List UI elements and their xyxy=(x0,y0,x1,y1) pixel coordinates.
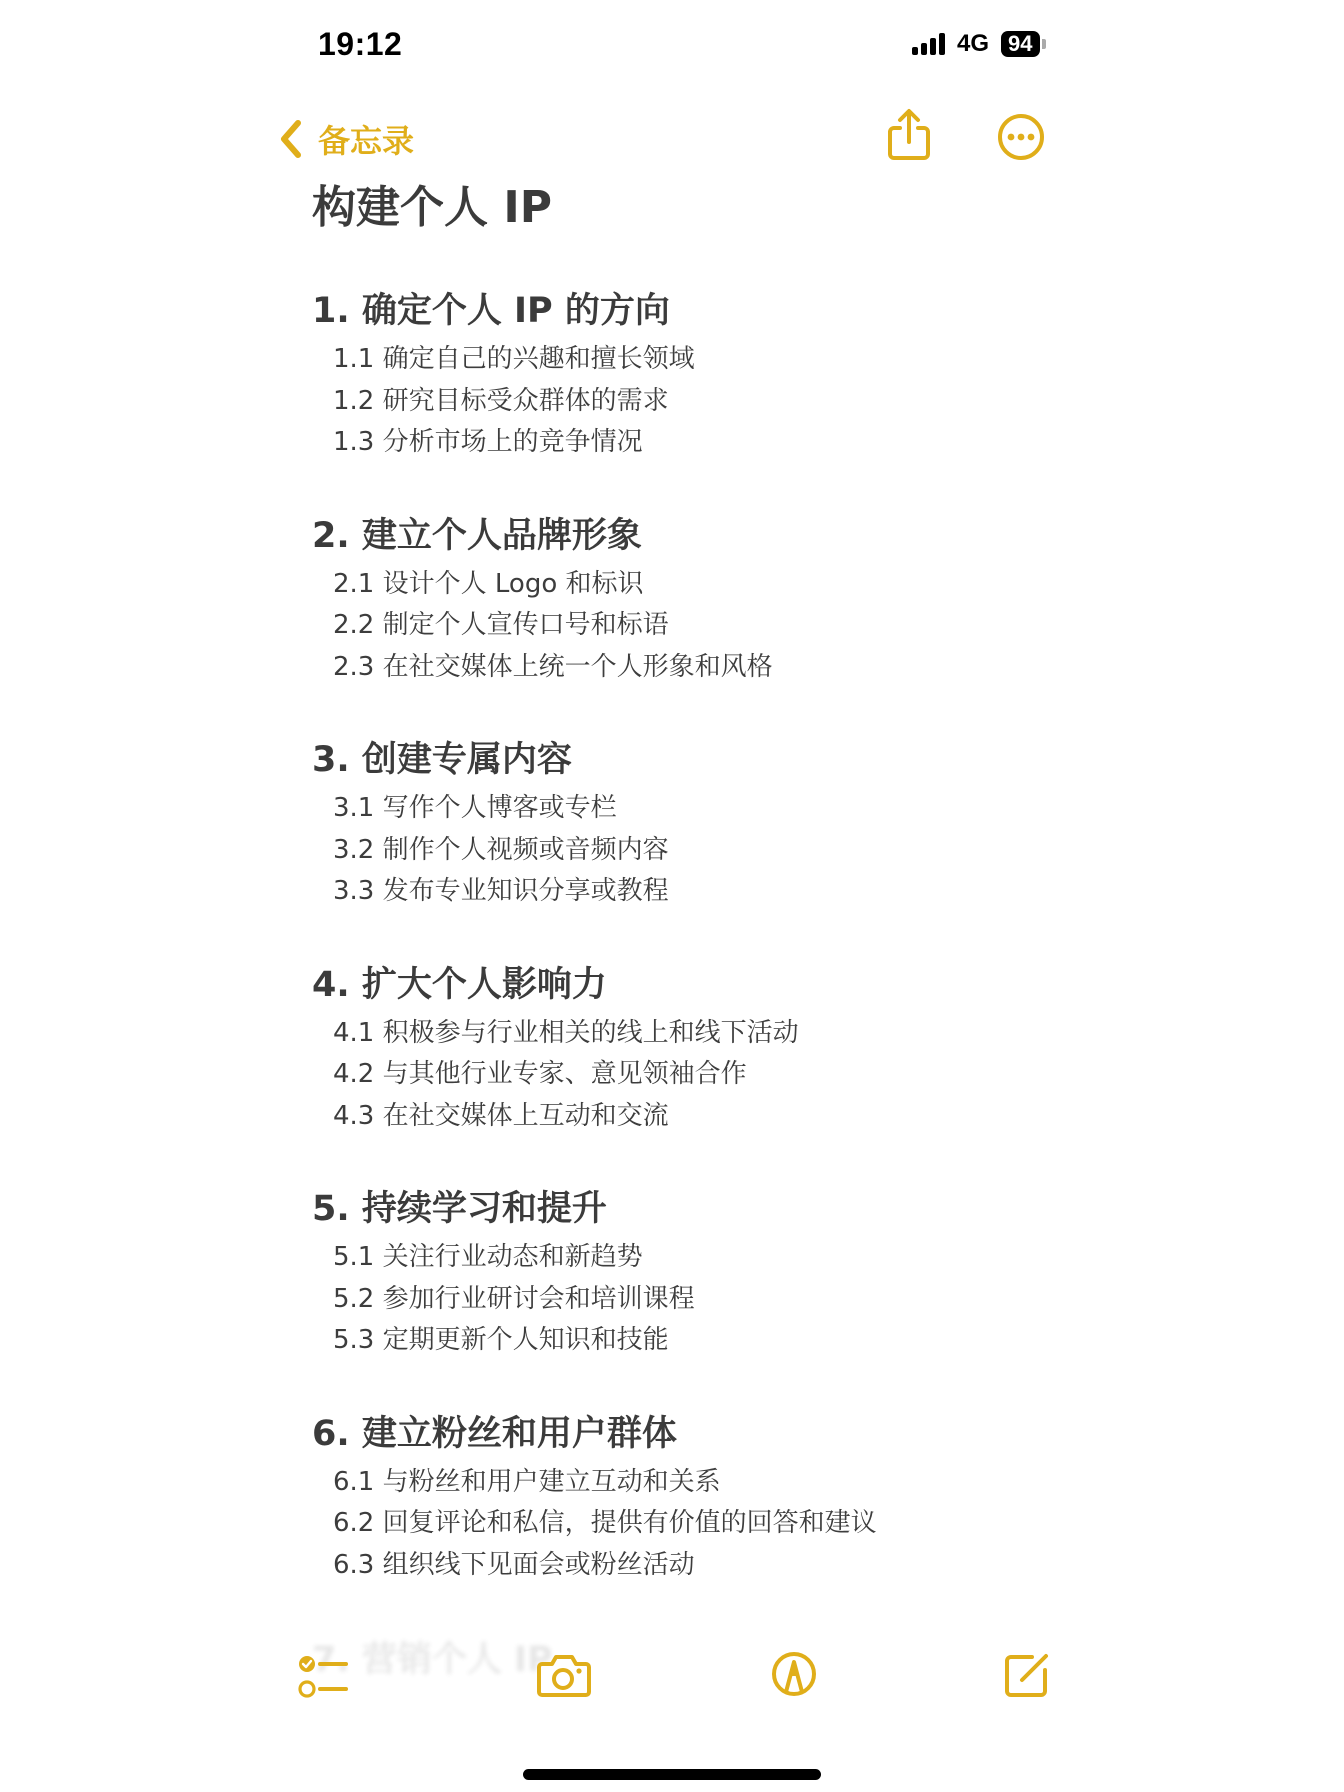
list-item: 4.1 积极参与行业相关的线上和线下活动 xyxy=(333,1013,1052,1055)
section-heading-text: 持续学习和提升 xyxy=(362,1189,607,1229)
back-button[interactable]: 备忘录 xyxy=(278,116,414,162)
section-heading: 5. 持续学习和提升 xyxy=(312,1185,1052,1233)
section-heading: 4. 扩大个人影响力 xyxy=(312,961,1052,1009)
note-sections: 1. 确定个人 IP 的方向 1.1 确定自己的兴趣和擅长领域 1.2 研究目标… xyxy=(312,287,1052,1635)
battery-level: 94 xyxy=(1001,31,1039,57)
section-number: 5. xyxy=(312,1189,350,1229)
section-3: 3. 创建专属内容 3.1 写作个人博客或专栏 3.2 制作个人视频或音频内容 … xyxy=(312,736,1052,961)
sub-list: 5.1 关注行业动态和新趋势 5.2 参加行业研讨会和培训课程 5.3 定期更新… xyxy=(333,1237,1052,1362)
list-item: 1.3 分析市场上的竞争情况 xyxy=(333,422,1052,464)
section-1: 1. 确定个人 IP 的方向 1.1 确定自己的兴趣和擅长领域 1.2 研究目标… xyxy=(312,287,1052,512)
section-number: 3. xyxy=(312,740,350,780)
list-item: 3.1 写作个人博客或专栏 xyxy=(333,788,1052,830)
section-number: 2. xyxy=(312,516,350,556)
list-item: 2.1 设计个人 Logo 和标识 xyxy=(333,564,1052,606)
list-item: 4.3 在社交媒体上互动和交流 xyxy=(333,1096,1052,1138)
sub-list: 6.1 与粉丝和用户建立互动和关系 6.2 回复评论和私信，提供有价值的回答和建… xyxy=(333,1462,1052,1587)
section-5: 5. 持续学习和提升 5.1 关注行业动态和新趋势 5.2 参加行业研讨会和培训… xyxy=(312,1185,1052,1410)
list-item: 1.1 确定自己的兴趣和擅长领域 xyxy=(333,339,1052,381)
sub-list: 2.1 设计个人 Logo 和标识 2.2 制定个人宣传口号和标语 2.3 在社… xyxy=(333,564,1052,689)
compose-icon xyxy=(1002,1650,1052,1700)
list-item: 6.1 与粉丝和用户建立互动和关系 xyxy=(333,1462,1052,1504)
share-icon xyxy=(886,108,932,162)
list-item: 5.3 定期更新个人知识和技能 xyxy=(333,1320,1052,1362)
ellipsis-circle-icon xyxy=(996,112,1046,162)
section-heading: 6. 建立粉丝和用户群体 xyxy=(312,1410,1052,1458)
battery-tip xyxy=(1042,39,1046,49)
status-time: 19:12 xyxy=(318,26,402,63)
battery-icon: 94 xyxy=(1001,31,1045,57)
section-number: 6. xyxy=(312,1414,350,1454)
share-button[interactable] xyxy=(886,108,932,166)
markup-pen-icon xyxy=(770,1650,818,1698)
list-item: 5.2 参加行业研讨会和培训课程 xyxy=(333,1279,1052,1321)
status-indicators: 4G 94 xyxy=(912,30,1046,58)
section-heading-text: 建立个人品牌形象 xyxy=(362,516,642,556)
checklist-icon xyxy=(298,1654,350,1700)
more-button[interactable] xyxy=(996,112,1046,166)
section-heading-text: 创建专属内容 xyxy=(362,740,572,780)
list-item: 3.2 制作个人视频或音频内容 xyxy=(333,830,1052,872)
network-type: 4G xyxy=(957,30,989,58)
list-item: 2.3 在社交媒体上统一个人形象和风格 xyxy=(333,647,1052,689)
list-item: 5.1 关注行业动态和新趋势 xyxy=(333,1237,1052,1279)
list-item: 2.2 制定个人宣传口号和标语 xyxy=(333,605,1052,647)
list-item: 6.2 回复评论和私信，提供有价值的回答和建议 xyxy=(333,1503,1052,1545)
note-title: 构建个人 IP xyxy=(312,180,1052,236)
section-heading-text: 扩大个人影响力 xyxy=(362,965,607,1005)
bottom-toolbar xyxy=(0,1650,1344,1710)
navigation-bar: 备忘录 xyxy=(0,100,1344,170)
section-heading-text: 确定个人 IP 的方向 xyxy=(362,291,670,331)
status-bar: 19:12 4G 94 xyxy=(0,0,1344,90)
camera-icon xyxy=(536,1652,592,1698)
cellular-signal-icon xyxy=(912,33,945,55)
sub-list: 1.1 确定自己的兴趣和擅长领域 1.2 研究目标受众群体的需求 1.3 分析市… xyxy=(333,339,1052,464)
section-number: 1. xyxy=(312,291,350,331)
list-item: 4.2 与其他行业专家、意见领袖合作 xyxy=(333,1054,1052,1096)
list-item: 3.3 发布专业知识分享或教程 xyxy=(333,871,1052,913)
back-label: 备忘录 xyxy=(318,116,414,162)
section-number: 4. xyxy=(312,965,350,1005)
section-4: 4. 扩大个人影响力 4.1 积极参与行业相关的线上和线下活动 4.2 与其他行… xyxy=(312,961,1052,1186)
section-heading-text: 建立粉丝和用户群体 xyxy=(362,1414,677,1454)
section-6: 6. 建立粉丝和用户群体 6.1 与粉丝和用户建立互动和关系 6.2 回复评论和… xyxy=(312,1410,1052,1635)
sub-list: 4.1 积极参与行业相关的线上和线下活动 4.2 与其他行业专家、意见领袖合作 … xyxy=(333,1013,1052,1138)
list-item: 1.2 研究目标受众群体的需求 xyxy=(333,381,1052,423)
chevron-left-icon xyxy=(278,119,304,159)
section-heading: 2. 建立个人品牌形象 xyxy=(312,512,1052,560)
note-body[interactable]: 构建个人 IP 1. 确定个人 IP 的方向 1.1 确定自己的兴趣和擅长领域 … xyxy=(312,180,1052,236)
sub-list: 3.1 写作个人博客或专栏 3.2 制作个人视频或音频内容 3.3 发布专业知识… xyxy=(333,788,1052,913)
checklist-button[interactable] xyxy=(298,1654,350,1704)
section-2: 2. 建立个人品牌形象 2.1 设计个人 Logo 和标识 2.2 制定个人宣传… xyxy=(312,512,1052,737)
camera-button[interactable] xyxy=(536,1652,592,1702)
markup-button[interactable] xyxy=(770,1650,818,1702)
list-item: 6.3 组织线下见面会或粉丝活动 xyxy=(333,1545,1052,1587)
home-indicator[interactable] xyxy=(523,1769,821,1780)
section-heading: 1. 确定个人 IP 的方向 xyxy=(312,287,1052,335)
section-heading: 3. 创建专属内容 xyxy=(312,736,1052,784)
compose-button[interactable] xyxy=(1002,1650,1052,1704)
